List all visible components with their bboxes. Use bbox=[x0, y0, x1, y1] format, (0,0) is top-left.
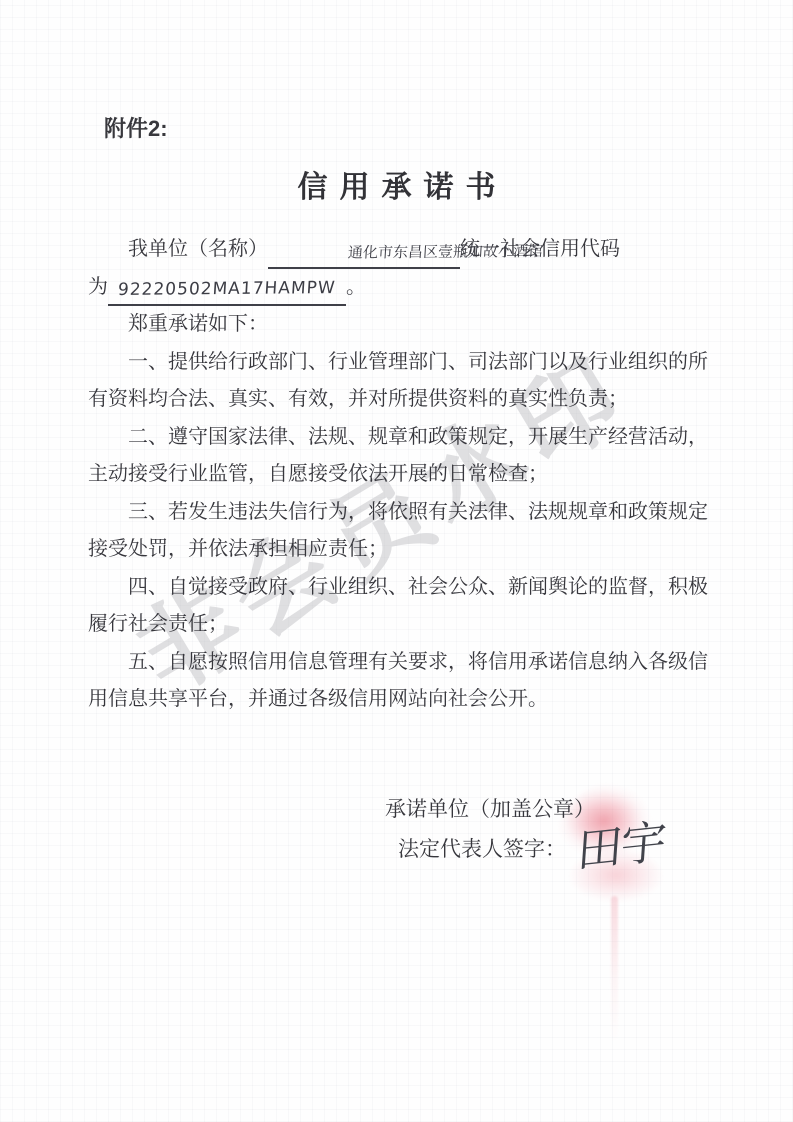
unit-name-handwritten: 通化市东昌区壹瓶如故小酒馆 bbox=[307, 235, 544, 267]
pledge-intro-line: 郑重承诺如下： bbox=[88, 306, 708, 344]
scanned-document-page: 非会员水印 附件2: 信用承诺书 我单位（名称）通化市东昌区壹瓶如故小酒馆统一社… bbox=[0, 0, 793, 1122]
intro-line-2: 为92220502MA17HAMPW。 bbox=[88, 269, 708, 307]
signature-block: 承诺单位（加盖公章） 法定代表人签字： bbox=[385, 789, 595, 869]
document-body: 我单位（名称）通化市东昌区壹瓶如故小酒馆统一社会信用代码 为92220502MA… bbox=[88, 231, 708, 719]
clause-5: 五、自愿按照信用信息管理有关要求，将信用承诺信息纳入各级信用信息共享平台，并通过… bbox=[88, 644, 708, 719]
clause-4: 四、自觉接受政府、行业组织、社会公众、新闻舆论的监督，积极履行社会责任； bbox=[88, 569, 708, 644]
intro-line-1: 我单位（名称）通化市东昌区壹瓶如故小酒馆统一社会信用代码 bbox=[88, 231, 708, 269]
legal-representative-signature-handwritten: 田宇 bbox=[575, 805, 667, 881]
clause-2: 二、遵守国家法律、法规、规章和政策规定，开展生产经营活动，主动接受行业监管，自愿… bbox=[88, 419, 708, 494]
intro-prefix-text: 我单位（名称） bbox=[128, 238, 268, 260]
attachment-label: 附件2: bbox=[104, 112, 168, 143]
legal-representative-label: 法定代表人签字： bbox=[385, 829, 595, 869]
document-title: 信用承诺书 bbox=[0, 162, 793, 206]
code-prefix-text: 为 bbox=[88, 276, 108, 298]
clause-3: 三、若发生违法失信行为，将依照有关法律、法规规章和政策规定接受处罚，并依法承担相… bbox=[88, 494, 708, 569]
credit-code-handwritten: 92220502MA17HAMPW bbox=[117, 273, 337, 305]
promising-unit-line: 承诺单位（加盖公章） bbox=[385, 789, 595, 829]
stamp-smudge-trail bbox=[611, 896, 618, 1044]
unit-name-blank-underline: 通化市东昌区壹瓶如故小酒馆 bbox=[268, 236, 460, 269]
credit-code-blank-underline: 92220502MA17HAMPW bbox=[108, 273, 346, 306]
clause-1: 一、提供给行政部门、行业管理部门、司法部门以及行业组织的所有资料均合法、真实、有… bbox=[88, 344, 708, 419]
code-period-text: 。 bbox=[346, 276, 366, 298]
